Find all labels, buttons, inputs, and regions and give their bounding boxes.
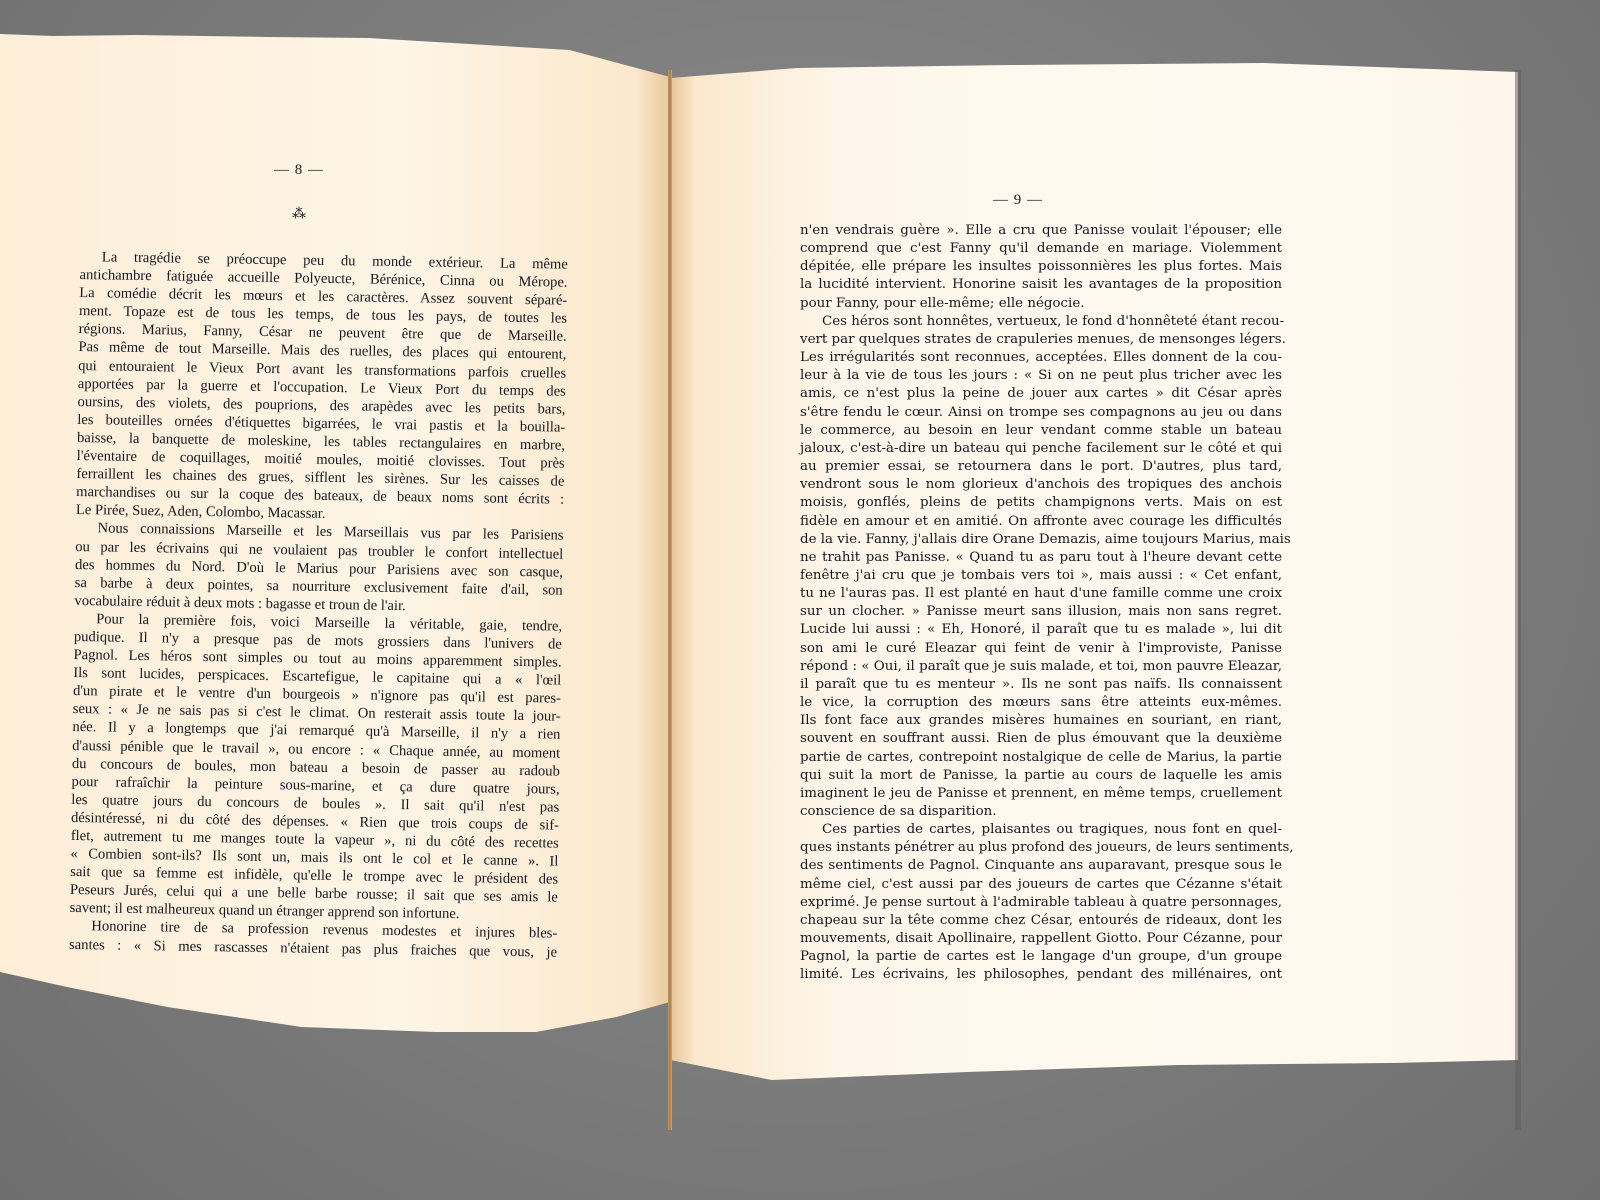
open-book-spread: — 8 — ⁂ La tragédie se préoccupe peu du …	[0, 0, 1600, 1200]
text-line: sur un clocher. » Panisse meurt sans ill…	[800, 603, 1282, 621]
asterism-icon: ⁂	[292, 207, 306, 222]
left-page-body-text: La tragédie se préoccupe peu du monde ex…	[69, 248, 568, 961]
text-line: vendront sous le nom glorieux d'anchois …	[800, 476, 1282, 494]
page-edge-shadow	[1515, 70, 1521, 1130]
text-line: chapeau sur la tête comme chez César, en…	[800, 912, 1282, 930]
text-line: dépitée, elle prépare les insultes poiss…	[800, 258, 1282, 276]
text-line: amis, ce n'est plus la peine de jouer au…	[800, 385, 1282, 403]
text-line: souvent en souffrant aussi. Rien de plus…	[800, 730, 1282, 748]
text-line: son ami le curé Eleazar qui feint de ven…	[800, 640, 1282, 658]
text-line: conscience de sa disparition.	[800, 803, 1282, 821]
text-line: s'être fendu le cœur. Ainsi on trompe se…	[800, 404, 1282, 422]
left-page-number: — 8 —	[274, 162, 324, 179]
asterism-ornament: ⁂	[292, 211, 306, 219]
text-line: le vice, la corruption des mœurs sans êt…	[800, 694, 1282, 712]
text-line: partie de cartes, contrepoint nostalgiqu…	[800, 749, 1282, 767]
text-line: Ils font face aux grandes misères humain…	[800, 712, 1282, 730]
text-line: vert par quelques strates de crapuleries…	[800, 331, 1282, 349]
right-page-body-text: n'en vendrais guère ». Elle a cru que Pa…	[800, 222, 1282, 985]
text-line: moisis, gonflés, pleins de petits champi…	[800, 494, 1282, 512]
text-line: fenêtre j'ai cru que je tombais vers toi…	[800, 567, 1282, 585]
text-line: ne trahit pas Panisse. « Quand tu as par…	[800, 549, 1282, 567]
text-line: comprend que c'est Fanny qu'il demande e…	[800, 240, 1282, 258]
book-gutter	[668, 70, 672, 1130]
text-line: de la vie. Fanny, j'allais dire Orane De…	[800, 531, 1282, 549]
text-line: imaginent le jeu de Panisse et prennent,…	[800, 785, 1282, 803]
text-line: Ces héros sont honnêtes, vertueux, le fo…	[800, 313, 1282, 331]
text-line: répond : « Oui, il paraît que je suis ma…	[800, 658, 1282, 676]
right-page-number: — 9 —	[993, 192, 1043, 209]
text-line: n'en vendrais guère ». Elle a cru que Pa…	[800, 222, 1282, 240]
text-line: même ciel, c'est aussi par des joueurs d…	[800, 876, 1282, 894]
text-line: Lucide lui aussi : « Eh, Honoré, il para…	[800, 621, 1282, 639]
text-line: la lucidité intervient. Honorine saisit …	[800, 276, 1282, 294]
text-line: des sentiments de Pagnol. Cinquante ans …	[800, 857, 1282, 875]
text-line: Pagnol, la partie de cartes est le langa…	[800, 948, 1282, 966]
text-line: qui suit la mort de Panisse, la partie a…	[800, 767, 1282, 785]
text-line: exprimé. Je pense surtout à l'admirable …	[800, 894, 1282, 912]
text-line: jaloux, c'est-à-dire un bateau qui pench…	[800, 440, 1282, 458]
text-line: ques instants pénétrer au plus profond d…	[800, 839, 1282, 857]
text-line: Les irrégularités sont reconnues, accept…	[800, 349, 1282, 367]
text-line: le commerce, au besoin en leur vendant c…	[800, 422, 1282, 440]
text-line: tu ne l'auras pas. Il est planté en haut…	[800, 585, 1282, 603]
text-line: leur à la vie de tous les jours : « Si o…	[800, 367, 1282, 385]
text-line: limité. Les écrivains, les philosophes, …	[800, 966, 1282, 984]
text-line: il paraît que tu es menteur ». Ils ne so…	[800, 676, 1282, 694]
text-line: mouvements, disait Apollinaire, rappelle…	[800, 930, 1282, 948]
text-line: Ces parties de cartes, plaisantes ou tra…	[800, 821, 1282, 839]
text-line: fidèle en amour et en amitié. On affront…	[800, 513, 1282, 531]
text-line: pour Fanny, pour elle-même; elle négocie…	[800, 295, 1282, 313]
text-line: au premier essai, se retournera dans le …	[800, 458, 1282, 476]
